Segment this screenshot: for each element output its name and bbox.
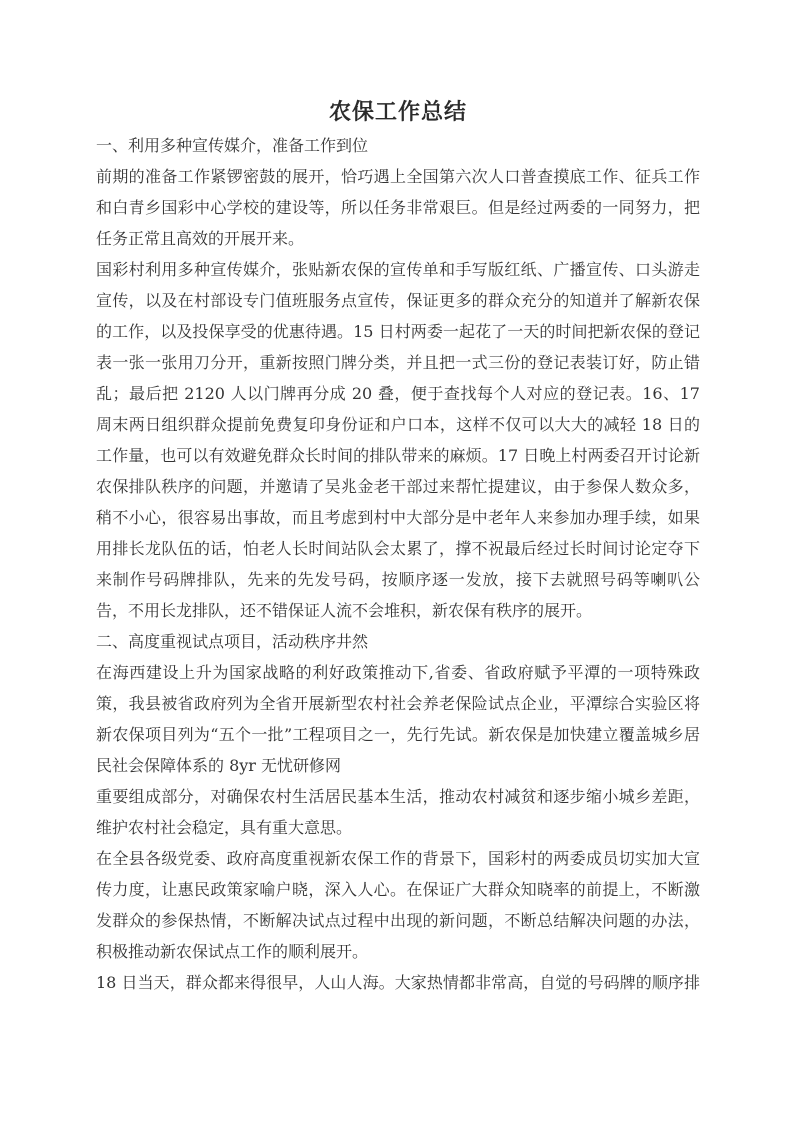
paragraph: 前期的准备工作紧锣密鼓的展开，恰巧遇上全国第六次人口普查摸底工作、征兵工作和白青… [96, 161, 700, 254]
paragraph: 在海西建设上升为国家战略的利好政策推动下,省委、省政府赋予平潭的一项特殊政策，我… [96, 657, 700, 781]
paragraph: 在全县各级党委、政府高度重视新农保工作的背景下，国彩村的两委成员切实加大宣传力度… [96, 843, 700, 967]
document-body: 一、利用多种宣传媒介，准备工作到位 前期的准备工作紧锣密鼓的展开，恰巧遇上全国第… [96, 130, 700, 998]
paragraph: 重要组成部分，对确保农村生活居民基本生活，推动农村减贫和逐步缩小城乡差距，维护农… [96, 781, 700, 843]
paragraph-continued: 18 日当天，群众都来得很早，人山人海。大家热情都非常高，自觉的号码牌的顺序排 [96, 967, 700, 998]
section-heading-1: 一、利用多种宣传媒介，准备工作到位 [96, 130, 700, 161]
document-title: 农保工作总结 [96, 97, 700, 127]
section-heading-2: 二、高度重视试点项目，活动秩序井然 [96, 626, 700, 657]
document-page: 农保工作总结 一、利用多种宣传媒介，准备工作到位 前期的准备工作紧锣密鼓的展开，… [0, 0, 794, 1122]
paragraph: 国彩村利用多种宣传媒介，张贴新农保的宣传单和手写版红纸、广播宣传、口头游走宣传，… [96, 254, 700, 626]
